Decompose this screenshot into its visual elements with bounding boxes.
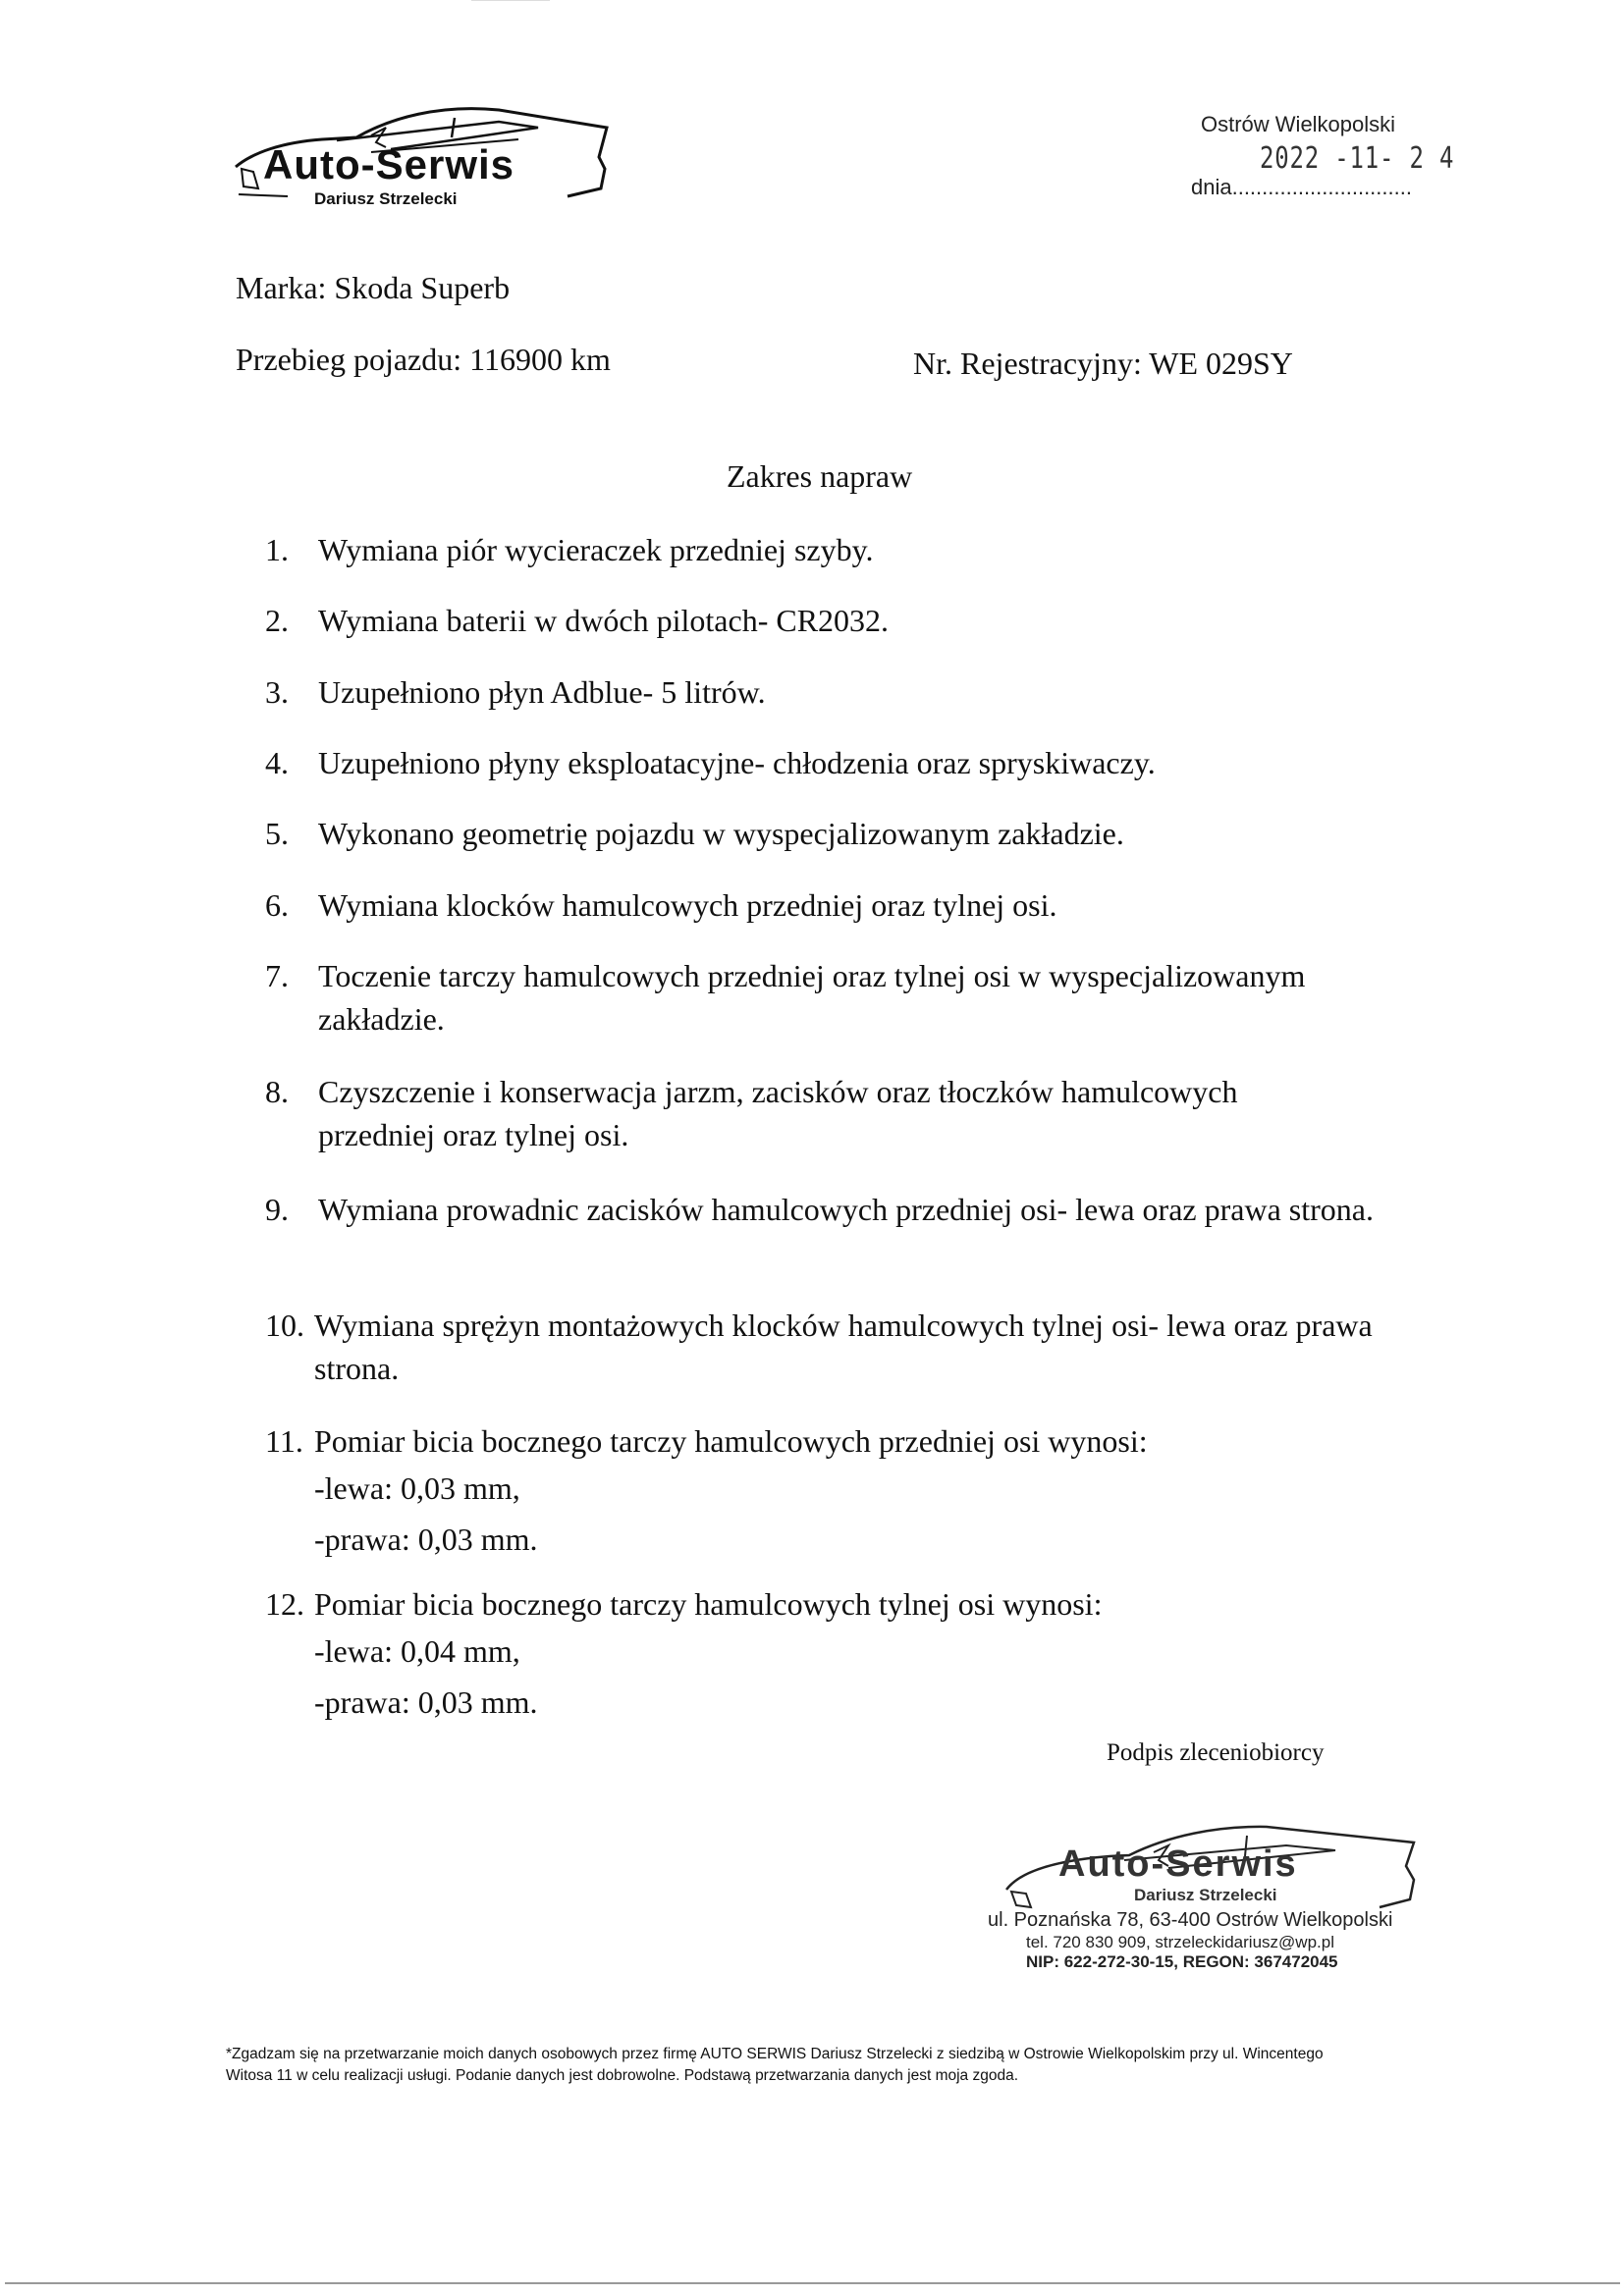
- company-stamp: Auto-Serwis Dariusz Strzelecki ul. Pozna…: [982, 1791, 1434, 1968]
- repair-item-description: Uzupełniono płyny eksploatacyjne- chłodz…: [318, 745, 1156, 780]
- repair-item-text: Wymiana piór wycieraczek przedniej szyby…: [318, 528, 1477, 571]
- vehicle-make: Marka: Skoda Superb: [236, 270, 510, 306]
- repair-item-number: 6.: [265, 883, 289, 927]
- repair-item-text: Wymiana sprężyn montażowych klocków hamu…: [314, 1304, 1414, 1390]
- repair-item-text: Uzupełniono płyn Adblue- 5 litrów.: [318, 670, 1477, 714]
- repair-item-text: Wymiana klocków hamulcowych przedniej or…: [318, 883, 1477, 927]
- repair-item-text: Wymiana prowadnic zacisków hamulcowych p…: [318, 1188, 1379, 1231]
- repair-item-description: Czyszczenie i konserwacja jarzm, zaciskó…: [318, 1074, 1237, 1152]
- measurement-right: -prawa: 0,03 mm.: [314, 1681, 1473, 1724]
- repairs-title: Zakres napraw: [727, 458, 912, 495]
- date-label: dnia..............................: [1191, 175, 1412, 200]
- repair-item-number: 9.: [265, 1188, 289, 1231]
- repair-item-description: Wymiana piór wycieraczek przedniej szyby…: [318, 532, 874, 567]
- signature-label: Podpis zleceniobiorcy: [1107, 1739, 1324, 1767]
- logo-subtitle: Dariusz Strzelecki: [314, 189, 458, 209]
- repair-item-description: Wymiana baterii w dwóch pilotach- CR2032…: [318, 603, 889, 638]
- repair-item-text: Czyszczenie i konserwacja jarzm, zaciskó…: [318, 1070, 1339, 1156]
- scan-artifact: [471, 0, 550, 1]
- repair-item-number: 11.: [265, 1419, 303, 1463]
- repair-item-number: 5.: [265, 812, 289, 855]
- stamp-title: Auto-Serwis: [1058, 1843, 1298, 1886]
- logo-title: Auto-Serwis: [263, 141, 514, 188]
- repair-item-number: 7.: [265, 954, 289, 997]
- repair-item-description: Pomiar bicia bocznego tarczy hamulcowych…: [314, 1423, 1148, 1459]
- repair-item-number: 12.: [265, 1582, 304, 1626]
- repair-item-text: Toczenie tarczy hamulcowych przedniej or…: [318, 954, 1418, 1041]
- repair-item-text: Uzupełniono płyny eksploatacyjne- chłodz…: [318, 741, 1477, 784]
- repair-item-description: Wykonano geometrię pojazdu w wyspecjaliz…: [318, 816, 1124, 851]
- place-of-issue: Ostrów Wielkopolski: [1201, 112, 1395, 137]
- stamp-subtitle: Dariusz Strzelecki: [1134, 1886, 1277, 1905]
- page-edge-line: [5, 2282, 1620, 2284]
- repair-item-text: Wykonano geometrię pojazdu w wyspecjaliz…: [318, 812, 1477, 855]
- stamp-ids: NIP: 622-272-30-15, REGON: 367472045: [1026, 1952, 1338, 1972]
- vehicle-mileage: Przebieg pojazdu: 116900 km: [236, 342, 611, 378]
- repair-item-description: Wymiana prowadnic zacisków hamulcowych p…: [318, 1192, 1374, 1227]
- data-consent-note: *Zgadzam się na przetwarzanie moich dany…: [226, 2044, 1355, 2087]
- repair-item-number: 8.: [265, 1070, 289, 1113]
- repair-item-number: 4.: [265, 741, 289, 784]
- repair-item-description: Toczenie tarczy hamulcowych przedniej or…: [318, 958, 1305, 1037]
- repair-item-description: Wymiana klocków hamulcowych przedniej or…: [318, 887, 1057, 923]
- stamp-contact: tel. 720 830 909, strzeleckidariusz@wp.p…: [1026, 1933, 1334, 1952]
- stamp-address: ul. Poznańska 78, 63-400 Ostrów Wielkopo…: [988, 1909, 1392, 1932]
- repair-item-description: Wymiana sprężyn montażowych klocków hamu…: [314, 1308, 1373, 1386]
- vehicle-registration: Nr. Rejestracyjny: WE 029SY: [913, 346, 1293, 382]
- company-logo: Auto-Serwis Dariusz Strzelecki: [214, 98, 626, 206]
- repair-item-number: 10.: [265, 1304, 304, 1347]
- repair-item-number: 2.: [265, 599, 289, 642]
- date-stamp: 2022 -11- 2 4: [1260, 141, 1454, 176]
- measurement-left: -lewa: 0,03 mm,: [314, 1467, 1473, 1510]
- repair-item-text: Pomiar bicia bocznego tarczy hamulcowych…: [314, 1582, 1473, 1724]
- repair-item-text: Wymiana baterii w dwóch pilotach- CR2032…: [318, 599, 1477, 642]
- repair-item-description: Uzupełniono płyn Adblue- 5 litrów.: [318, 674, 766, 710]
- repair-item-description: Pomiar bicia bocznego tarczy hamulcowych…: [314, 1586, 1102, 1622]
- repair-item-number: 3.: [265, 670, 289, 714]
- repair-item-number: 1.: [265, 528, 289, 571]
- measurement-left: -lewa: 0,04 mm,: [314, 1629, 1473, 1673]
- repair-item-text: Pomiar bicia bocznego tarczy hamulcowych…: [314, 1419, 1473, 1561]
- measurement-right: -prawa: 0,03 mm.: [314, 1518, 1473, 1561]
